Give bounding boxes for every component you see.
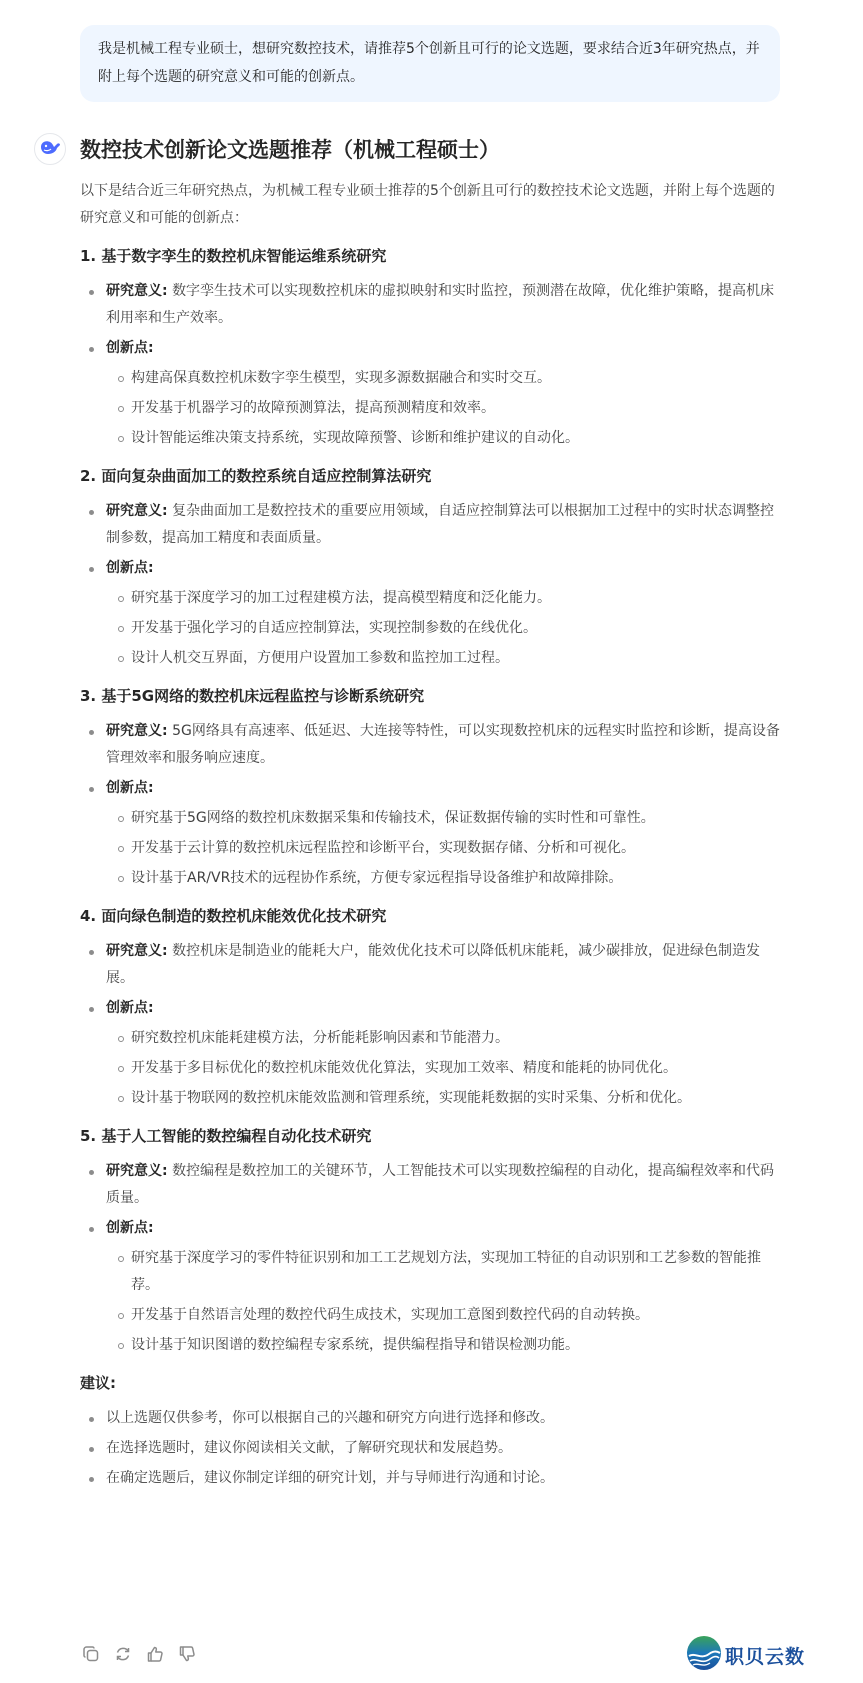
innovation-label: 创新点: [106, 560, 154, 576]
innovation-point: 设计基于AR/VR技术的远程协作系统，方便专家远程指导设备维护和故障排除。 [106, 865, 780, 892]
innovation-list: 研究基于深度学习的零件特征识别和加工工艺规划方法，实现加工特征的自动识别和工艺参… [106, 1245, 780, 1359]
watermark-text: 职贝云数 [725, 1642, 805, 1669]
innovation-point: 开发基于机器学习的故障预测算法，提高预测精度和效率。 [106, 395, 780, 422]
significance-text: 复杂曲面加工是数控技术的重要应用领域，自适应控制算法可以根据加工过程中的实时状态… [106, 503, 774, 546]
innovation-item: 创新点: 研究数控机床能耗建模方法，分析能耗影响因素和节能潜力。 开发基于多目标… [80, 995, 780, 1112]
user-message-bubble: 我是机械工程专业硕士，想研究数控技术，请推荐5个创新且可行的论文选题，要求结合近… [80, 25, 780, 102]
innovation-list: 研究基于深度学习的加工过程建模方法，提高模型精度和泛化能力。 开发基于强化学习的… [106, 585, 780, 672]
innovation-item: 创新点: 构建高保真数控机床数字孪生模型，实现多源数据融合和实时交互。 开发基于… [80, 335, 780, 452]
innovation-point: 设计人机交互界面，方便用户设置加工参数和监控加工过程。 [106, 645, 780, 672]
assistant-avatar [34, 133, 66, 165]
topic-section: 3. 基于5G网络的数控机床远程监控与诊断系统研究 研究意义: 5G网络具有高速… [80, 684, 780, 892]
innovation-point: 开发基于多目标优化的数控机床能效优化算法，实现加工效率、精度和能耗的协同优化。 [106, 1055, 780, 1082]
regenerate-button[interactable] [112, 1645, 134, 1667]
innovation-item: 创新点: 研究基于深度学习的加工过程建模方法，提高模型精度和泛化能力。 开发基于… [80, 555, 780, 672]
innovation-point: 设计基于物联网的数控机床能效监测和管理系统，实现能耗数据的实时采集、分析和优化。 [106, 1085, 780, 1112]
innovation-item: 创新点: 研究基于深度学习的零件特征识别和加工工艺规划方法，实现加工特征的自动识… [80, 1215, 780, 1359]
user-message-text: 我是机械工程专业硕士，想研究数控技术，请推荐5个创新且可行的论文选题，要求结合近… [98, 41, 760, 85]
innovation-item: 创新点: 研究基于5G网络的数控机床数据采集和传输技术，保证数据传输的实时性和可… [80, 775, 780, 892]
topic-details-list: 研究意义: 数字孪生技术可以实现数控机床的虚拟映射和实时监控，预测潜在故障，优化… [80, 278, 780, 452]
copy-button[interactable] [80, 1645, 102, 1667]
message-actions [80, 1645, 198, 1667]
topic-heading: 3. 基于5G网络的数控机床远程监控与诊断系统研究 [80, 684, 780, 708]
significance-label: 研究意义: [106, 723, 168, 739]
innovation-point: 研究基于深度学习的加工过程建模方法，提高模型精度和泛化能力。 [106, 585, 780, 612]
topic-section: 5. 基于人工智能的数控编程自动化技术研究 研究意义: 数控编程是数控加工的关键… [80, 1124, 780, 1359]
advice-heading: 建议: [80, 1371, 780, 1395]
topic-section: 1. 基于数字孪生的数控机床智能运维系统研究 研究意义: 数字孪生技术可以实现数… [80, 244, 780, 452]
advice-item: 以上选题仅供参考，你可以根据自己的兴趣和研究方向进行选择和修改。 [80, 1405, 780, 1432]
advice-item: 在选择选题时，建议你阅读相关文献，了解研究现状和发展趋势。 [80, 1435, 780, 1462]
significance-label: 研究意义: [106, 943, 168, 959]
topic-details-list: 研究意义: 数控机床是制造业的能耗大户，能效优化技术可以降低机床能耗，减少碳排放… [80, 938, 780, 1112]
significance-label: 研究意义: [106, 1163, 168, 1179]
significance-item: 研究意义: 5G网络具有高速率、低延迟、大连接等特性，可以实现数控机床的远程实时… [80, 718, 780, 772]
significance-label: 研究意义: [106, 283, 168, 299]
innovation-point: 研究基于5G网络的数控机床数据采集和传输技术，保证数据传输的实时性和可靠性。 [106, 805, 780, 832]
significance-text: 5G网络具有高速率、低延迟、大连接等特性，可以实现数控机床的远程实时监控和诊断，… [106, 723, 780, 766]
innovation-label: 创新点: [106, 1220, 154, 1236]
topic-details-list: 研究意义: 5G网络具有高速率、低延迟、大连接等特性，可以实现数控机床的远程实时… [80, 718, 780, 892]
innovation-list: 研究数控机床能耗建模方法，分析能耗影响因素和节能潜力。 开发基于多目标优化的数控… [106, 1025, 780, 1112]
significance-item: 研究意义: 数控机床是制造业的能耗大户，能效优化技术可以降低机床能耗，减少碳排放… [80, 938, 780, 992]
dislike-button[interactable] [176, 1645, 198, 1667]
assistant-answer: 数控技术创新论文选题推荐（机械工程硕士） 以下是结合近三年研究热点，为机械工程专… [80, 130, 780, 1495]
topic-section: 4. 面向绿色制造的数控机床能效优化技术研究 研究意义: 数控机床是制造业的能耗… [80, 904, 780, 1112]
whale-logo-icon [39, 138, 61, 160]
innovation-point: 研究基于深度学习的零件特征识别和加工工艺规划方法，实现加工特征的自动识别和工艺参… [106, 1245, 780, 1299]
innovation-label: 创新点: [106, 780, 154, 796]
topic-heading: 1. 基于数字孪生的数控机床智能运维系统研究 [80, 244, 780, 268]
refresh-icon [114, 1645, 132, 1667]
innovation-point: 构建高保真数控机床数字孪生模型，实现多源数据融合和实时交互。 [106, 365, 780, 392]
topic-heading: 2. 面向复杂曲面加工的数控系统自适应控制算法研究 [80, 464, 780, 488]
advice-item: 在确定选题后，建议你制定详细的研究计划，并与导师进行沟通和讨论。 [80, 1465, 780, 1492]
topic-heading: 5. 基于人工智能的数控编程自动化技术研究 [80, 1124, 780, 1148]
innovation-label: 创新点: [106, 1000, 154, 1016]
thumbs-up-icon [146, 1645, 164, 1667]
topic-details-list: 研究意义: 复杂曲面加工是数控技术的重要应用领域，自适应控制算法可以根据加工过程… [80, 498, 780, 672]
topic-section: 2. 面向复杂曲面加工的数控系统自适应控制算法研究 研究意义: 复杂曲面加工是数… [80, 464, 780, 672]
like-button[interactable] [144, 1645, 166, 1667]
innovation-point: 设计智能运维决策支持系统，实现故障预警、诊断和维护建议的自动化。 [106, 425, 780, 452]
answer-title: 数控技术创新论文选题推荐（机械工程硕士） [80, 130, 780, 170]
significance-text: 数控机床是制造业的能耗大户，能效优化技术可以降低机床能耗，减少碳排放，促进绿色制… [106, 943, 760, 986]
innovation-list: 构建高保真数控机床数字孪生模型，实现多源数据融合和实时交互。 开发基于机器学习的… [106, 365, 780, 452]
significance-text: 数控编程是数控加工的关键环节，人工智能技术可以实现数控编程的自动化，提高编程效率… [106, 1163, 774, 1206]
innovation-label: 创新点: [106, 340, 154, 356]
innovation-point: 研究数控机床能耗建模方法，分析能耗影响因素和节能潜力。 [106, 1025, 780, 1052]
copy-icon [82, 1645, 100, 1667]
significance-text: 数字孪生技术可以实现数控机床的虚拟映射和实时监控，预测潜在故障，优化维护策略，提… [106, 283, 774, 326]
significance-item: 研究意义: 数字孪生技术可以实现数控机床的虚拟映射和实时监控，预测潜在故障，优化… [80, 278, 780, 332]
innovation-point: 开发基于自然语言处理的数控代码生成技术，实现加工意图到数控代码的自动转换。 [106, 1302, 780, 1329]
topic-heading: 4. 面向绿色制造的数控机床能效优化技术研究 [80, 904, 780, 928]
significance-label: 研究意义: [106, 503, 168, 519]
innovation-point: 开发基于强化学习的自适应控制算法，实现控制参数的在线优化。 [106, 615, 780, 642]
significance-item: 研究意义: 复杂曲面加工是数控技术的重要应用领域，自适应控制算法可以根据加工过程… [80, 498, 780, 552]
innovation-point: 设计基于知识图谱的数控编程专家系统，提供编程指导和错误检测功能。 [106, 1332, 780, 1359]
answer-intro: 以下是结合近三年研究热点，为机械工程专业硕士推荐的5个创新且可行的数控技术论文选… [80, 178, 780, 232]
significance-item: 研究意义: 数控编程是数控加工的关键环节，人工智能技术可以实现数控编程的自动化，… [80, 1158, 780, 1212]
topic-details-list: 研究意义: 数控编程是数控加工的关键环节，人工智能技术可以实现数控编程的自动化，… [80, 1158, 780, 1359]
advice-list: 以上选题仅供参考，你可以根据自己的兴趣和研究方向进行选择和修改。 在选择选题时，… [80, 1405, 780, 1492]
watermark: 职贝云数 [685, 1634, 805, 1676]
innovation-point: 开发基于云计算的数控机床远程监控和诊断平台，实现数据存储、分析和可视化。 [106, 835, 780, 862]
watermark-logo-icon [685, 1634, 723, 1676]
thumbs-down-icon [178, 1645, 196, 1667]
innovation-list: 研究基于5G网络的数控机床数据采集和传输技术，保证数据传输的实时性和可靠性。 开… [106, 805, 780, 892]
